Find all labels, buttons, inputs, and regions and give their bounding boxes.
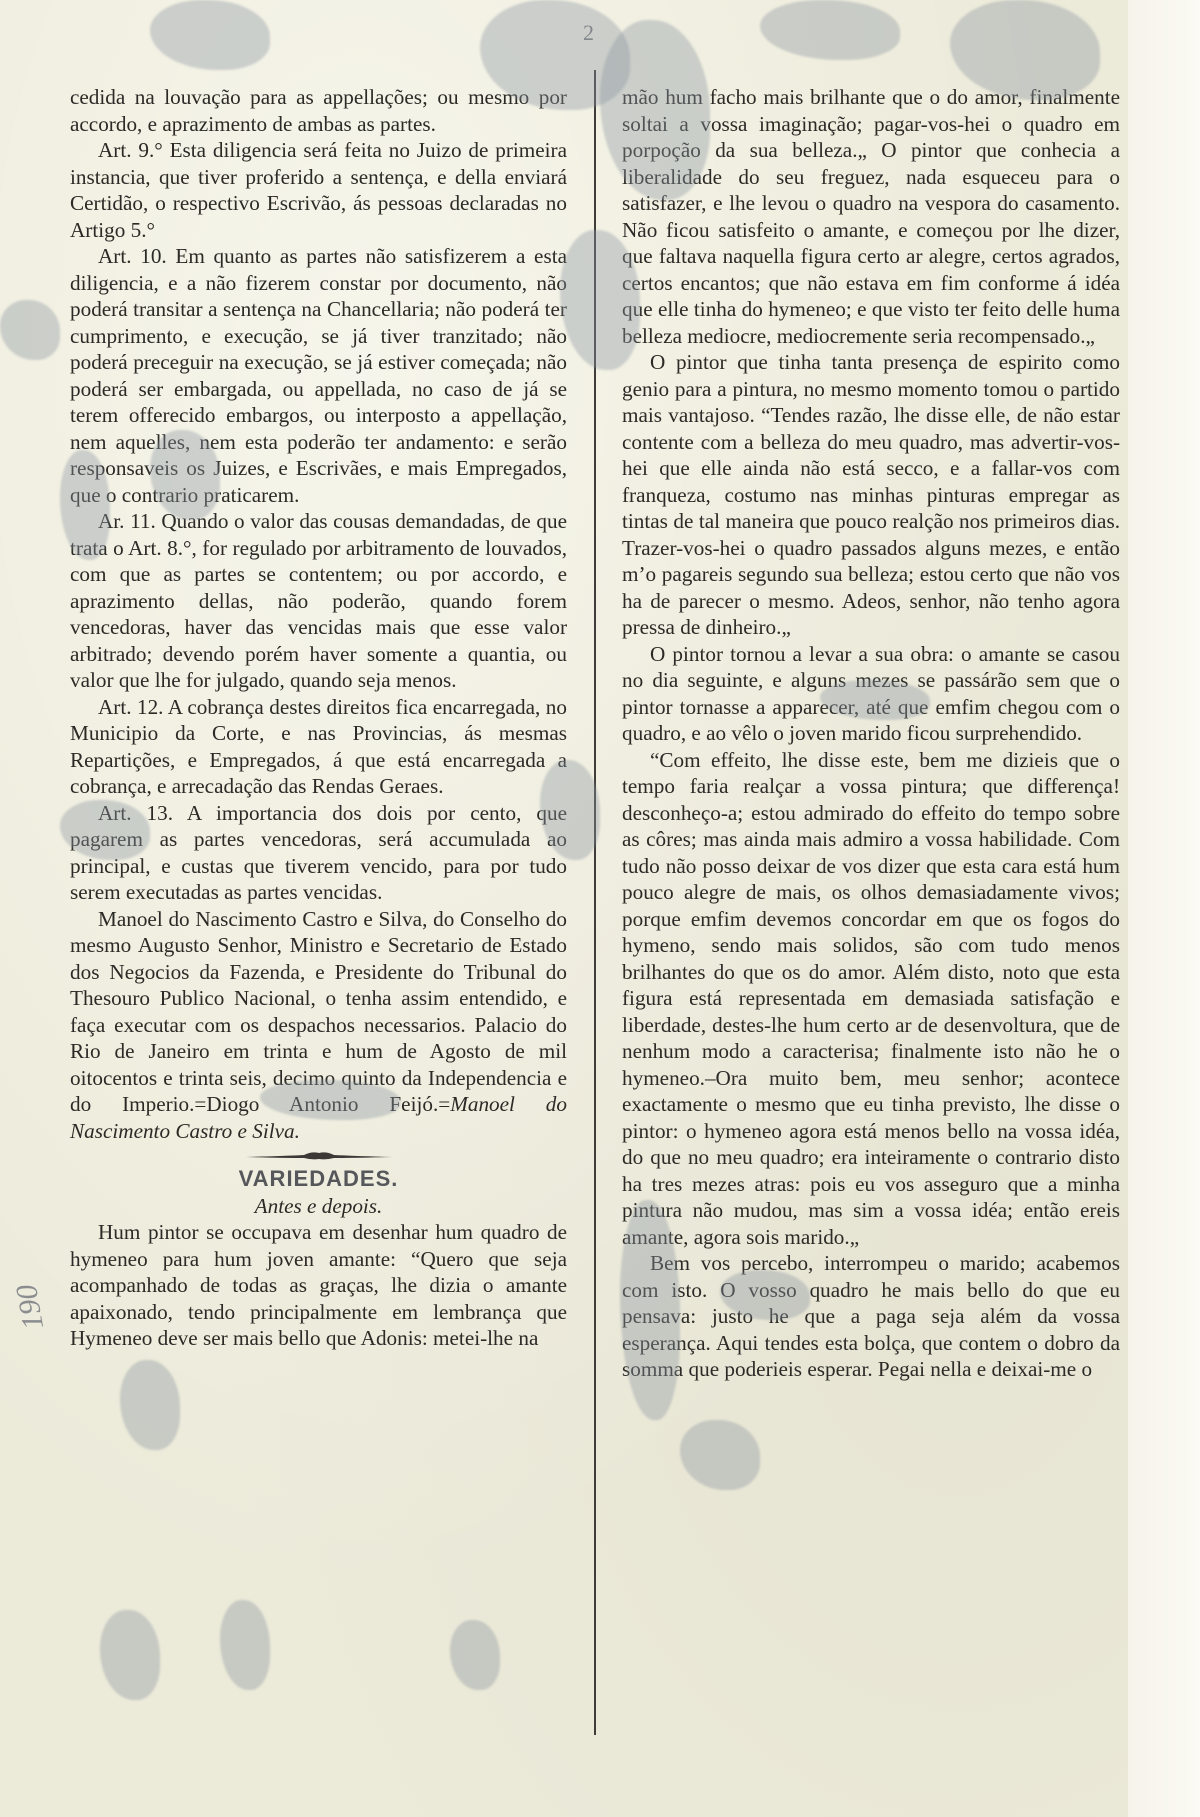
water-stain — [0, 300, 60, 360]
article-11: Ar. 11. Quando o valor das cousas demand… — [70, 508, 567, 694]
handwritten-margin-note: 190 — [10, 1282, 51, 1332]
section-subtitle: Antes e depois. — [70, 1193, 567, 1220]
water-stain — [150, 0, 270, 70]
story-continuation: mão hum facho mais brilhante que o do am… — [622, 84, 1120, 349]
water-stain — [680, 1420, 760, 1490]
water-stain — [450, 1620, 500, 1690]
left-column: cedida na louvação para as appellações; … — [70, 84, 567, 1352]
article-10: Art. 10. Em quanto as partes não satisfi… — [70, 243, 567, 508]
story-paragraph: Hum pintor se occupava em desenhar hum q… — [70, 1219, 567, 1352]
column-divider — [594, 70, 596, 1735]
newspaper-page: 2 190 cedida na louvação para as appella… — [0, 0, 1200, 1817]
story-paragraph: O pintor que tinha tanta presença de esp… — [622, 349, 1120, 641]
article-9: Art. 9.° Esta diligencia será feita no J… — [70, 137, 567, 243]
section-title: VARIEDADES. — [70, 1166, 567, 1193]
story-paragraph: “Com effeito, lhe disse este, bem me diz… — [622, 747, 1120, 1251]
story-paragraph: Bem vos percebo, interrompeu o marido; a… — [622, 1250, 1120, 1383]
water-stain — [760, 0, 900, 60]
water-stain — [220, 1600, 270, 1690]
story-paragraph: O pintor tornou a levar a sua obra: o am… — [622, 641, 1120, 747]
water-stain — [120, 1360, 180, 1450]
page-number: 2 — [583, 20, 594, 46]
article-13: Art. 13. A importancia dos dois por cent… — [70, 800, 567, 906]
article-12: Art. 12. A cobrança destes direitos fica… — [70, 694, 567, 800]
decree-closing: Manoel do Nascimento Castro e Silva, do … — [70, 906, 567, 1145]
water-stain — [100, 1610, 160, 1700]
paragraph-continuation: cedida na louvação para as appellações; … — [70, 84, 567, 137]
decree-text: Manoel do Nascimento Castro e Silva, do … — [70, 907, 567, 1117]
page-margin — [1128, 0, 1200, 1817]
right-column: mão hum facho mais brilhante que o do am… — [622, 84, 1120, 1383]
section-ornament-icon — [244, 1150, 394, 1162]
